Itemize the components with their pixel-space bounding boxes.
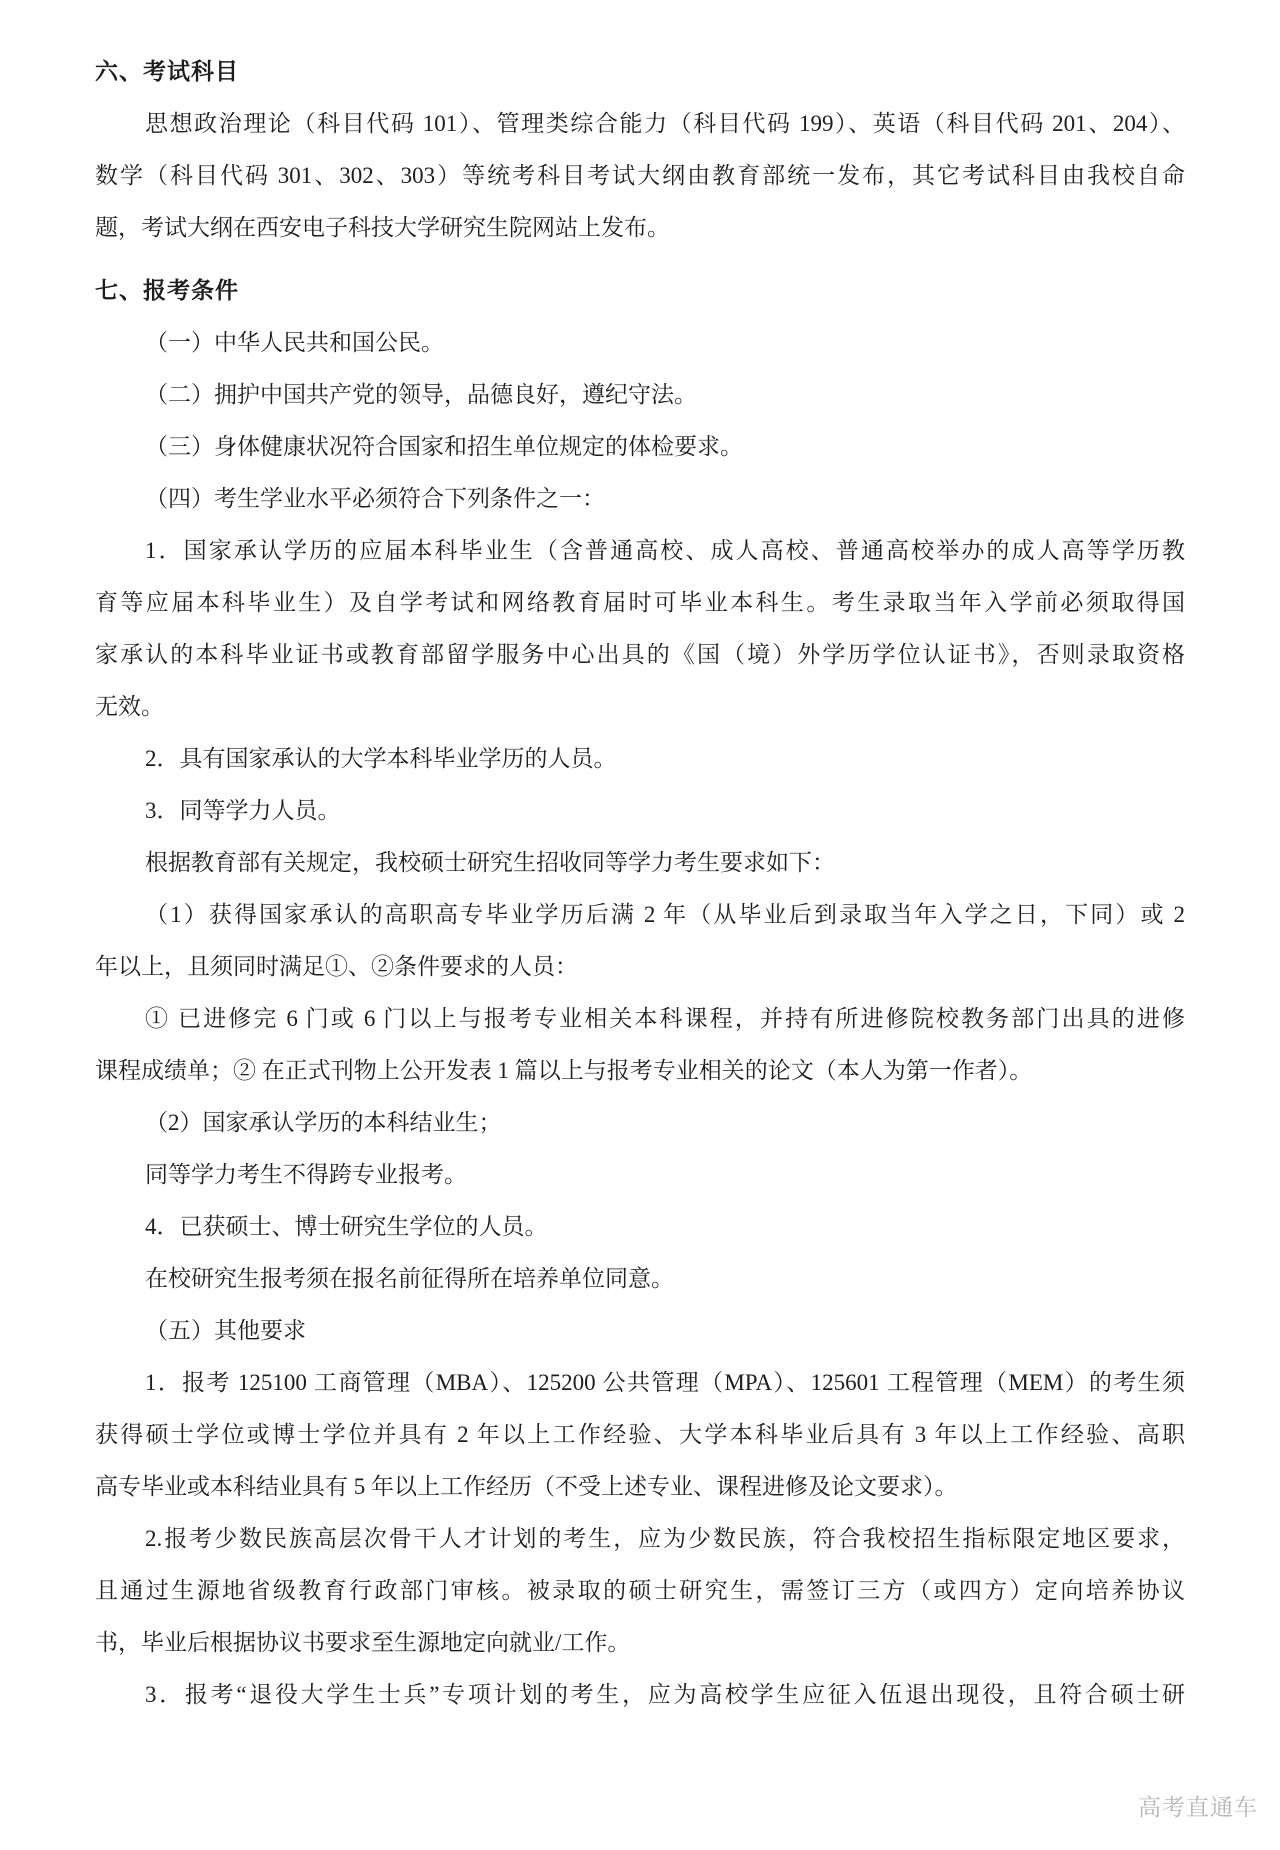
text-line: 育等应届本科毕业生）及自学考试和网络教育届时可毕业本科生。考生录取当年入学前必须… [95, 577, 1185, 629]
document-body: 六、考试科目思想政治理论（科目代码 101）、管理类综合能力（科目代码 199）… [95, 46, 1185, 1721]
text-line: （2）国家承认学历的本科结业生； [95, 1097, 1185, 1149]
paragraph: 同等学力考生不得跨专业报考。 [95, 1149, 1185, 1201]
paragraph: 3．报考“退役大学生士兵”专项计划的考生，应为高校学生应征入伍退出现役，且符合硕… [95, 1669, 1185, 1721]
section-heading: 六、考试科目 [95, 46, 1185, 98]
text-line: （四）考生学业水平必须符合下列条件之一： [95, 473, 1185, 525]
paragraph: （2）国家承认学历的本科结业生； [95, 1097, 1185, 1149]
paragraph: 2.报考少数民族高层次骨干人才计划的考生，应为少数民族，符合我校招生指标限定地区… [95, 1513, 1185, 1669]
text-line: 数学（科目代码 301、302、303）等统考科目考试大纲由教育部统一发布，其它… [95, 150, 1185, 202]
text-line: 获得硕士学位或博士学位并具有 2 年以上工作经验、大学本科毕业后具有 3 年以上… [95, 1409, 1185, 1461]
text-line: 2.报考少数民族高层次骨干人才计划的考生，应为少数民族，符合我校招生指标限定地区… [95, 1513, 1185, 1565]
paragraph: 思想政治理论（科目代码 101）、管理类综合能力（科目代码 199）、英语（科目… [95, 98, 1185, 254]
text-line: 2．具有国家承认的大学本科毕业学历的人员。 [95, 733, 1185, 785]
text-line: 4．已获硕士、博士研究生学位的人员。 [95, 1201, 1185, 1253]
text-line: （五）其他要求 [95, 1305, 1185, 1357]
text-line: （一）中华人民共和国公民。 [95, 317, 1185, 369]
paragraph: 1．报考 125100 工商管理（MBA）、125200 公共管理（MPA）、1… [95, 1357, 1185, 1513]
text-line: 3．同等学力人员。 [95, 785, 1185, 837]
text-line: 无效。 [95, 681, 1185, 733]
text-line: 同等学力考生不得跨专业报考。 [95, 1149, 1185, 1201]
paragraph: （二）拥护中国共产党的领导，品德良好，遵纪守法。 [95, 369, 1185, 421]
text-line: 思想政治理论（科目代码 101）、管理类综合能力（科目代码 199）、英语（科目… [95, 98, 1185, 150]
paragraph: （1）获得国家承认的高职高专毕业学历后满 2 年（从毕业后到录取当年入学之日，下… [95, 889, 1185, 993]
paragraph: ① 已进修完 6 门或 6 门以上与报考专业相关本科课程，并持有所进修院校教务部… [95, 993, 1185, 1097]
text-line: 课程成绩单；② 在正式刊物上公开发表 1 篇以上与报考专业相关的论文（本人为第一… [95, 1045, 1185, 1097]
text-line: ① 已进修完 6 门或 6 门以上与报考专业相关本科课程，并持有所进修院校教务部… [95, 993, 1185, 1045]
text-line: 且通过生源地省级教育行政部门审核。被录取的硕士研究生，需签订三方（或四方）定向培… [95, 1565, 1185, 1617]
text-line: 3．报考“退役大学生士兵”专项计划的考生，应为高校学生应征入伍退出现役，且符合硕… [95, 1669, 1185, 1721]
paragraph: （一）中华人民共和国公民。 [95, 317, 1185, 369]
section: 七、报考条件（一）中华人民共和国公民。（二）拥护中国共产党的领导，品德良好，遵纪… [95, 265, 1185, 1721]
text-line: （1）获得国家承认的高职高专毕业学历后满 2 年（从毕业后到录取当年入学之日，下… [95, 889, 1185, 941]
text-line: 年以上，且须同时满足①、②条件要求的人员： [95, 941, 1185, 993]
paragraph: 3．同等学力人员。 [95, 785, 1185, 837]
watermark: 高考直通车 [1138, 1795, 1258, 1821]
paragraph: 在校研究生报考须在报名前征得所在培养单位同意。 [95, 1253, 1185, 1305]
text-line: 1．国家承认学历的应届本科毕业生（含普通高校、成人高校、普通高校举办的成人高等学… [95, 525, 1185, 577]
paragraph: （五）其他要求 [95, 1305, 1185, 1357]
section-heading: 七、报考条件 [95, 265, 1185, 317]
text-line: 1．报考 125100 工商管理（MBA）、125200 公共管理（MPA）、1… [95, 1357, 1185, 1409]
section: 六、考试科目思想政治理论（科目代码 101）、管理类综合能力（科目代码 199）… [95, 46, 1185, 254]
text-line: 根据教育部有关规定，我校硕士研究生招收同等学力考生要求如下： [95, 837, 1185, 889]
text-line: 高专毕业或本科结业具有 5 年以上工作经历（不受上述专业、课程进修及论文要求）。 [95, 1461, 1185, 1513]
paragraph: （三）身体健康状况符合国家和招生单位规定的体检要求。 [95, 421, 1185, 473]
text-line: （二）拥护中国共产党的领导，品德良好，遵纪守法。 [95, 369, 1185, 421]
paragraph: 1．国家承认学历的应届本科毕业生（含普通高校、成人高校、普通高校举办的成人高等学… [95, 525, 1185, 733]
paragraph: （四）考生学业水平必须符合下列条件之一： [95, 473, 1185, 525]
text-line: 家承认的本科毕业证书或教育部留学服务中心出具的《国（境）外学历学位认证书》，否则… [95, 629, 1185, 681]
paragraph: 4．已获硕士、博士研究生学位的人员。 [95, 1201, 1185, 1253]
paragraph: 2．具有国家承认的大学本科毕业学历的人员。 [95, 733, 1185, 785]
text-line: （三）身体健康状况符合国家和招生单位规定的体检要求。 [95, 421, 1185, 473]
text-line: 书，毕业后根据协议书要求至生源地定向就业/工作。 [95, 1617, 1185, 1669]
document-page: 六、考试科目思想政治理论（科目代码 101）、管理类综合能力（科目代码 199）… [0, 0, 1280, 1850]
text-line: 在校研究生报考须在报名前征得所在培养单位同意。 [95, 1253, 1185, 1305]
paragraph: 根据教育部有关规定，我校硕士研究生招收同等学力考生要求如下： [95, 837, 1185, 889]
text-line: 题，考试大纲在西安电子科技大学研究生院网站上发布。 [95, 202, 1185, 254]
